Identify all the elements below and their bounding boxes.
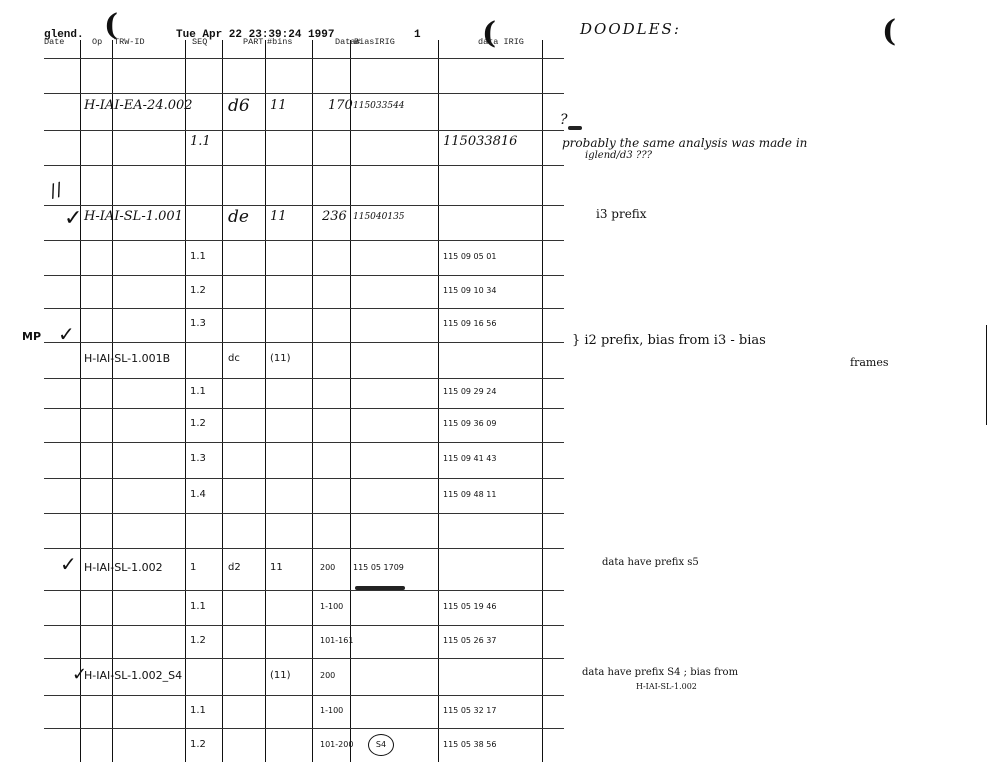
grid-row-line [44, 240, 564, 241]
grid-row-line [44, 130, 564, 131]
grid-row-line [44, 728, 564, 729]
cell-part: d6 [228, 96, 250, 116]
double-slash-mark: // [47, 179, 64, 202]
cell-seq: 1.3 [190, 318, 206, 329]
cell-seq: 1.1 [190, 601, 206, 612]
cell-seq: 1.2 [190, 418, 206, 429]
grid-column-line [80, 40, 81, 762]
cell-bias-irig: 115 05 1709 [353, 563, 404, 572]
grid-row-line [44, 58, 564, 59]
binder-hole-mark: ( [882, 14, 896, 49]
col-header-trw-id: TRW-ID [114, 37, 145, 47]
grid-column-line [112, 40, 113, 762]
cell-data-irig: 115 09 48 11 [443, 490, 496, 499]
cell-seq: 1.1 [190, 705, 206, 716]
col-header-date: Date [44, 37, 64, 47]
cell-data-irig: 115 09 41 43 [443, 454, 496, 463]
cell-data-no: 1-100 [320, 602, 343, 611]
grid-column-line [265, 40, 266, 762]
col-header-part: PART [243, 37, 263, 47]
cell-bins: 11 [270, 209, 287, 224]
cell-bias-irig: 115040135 [353, 212, 405, 222]
cell-seq: 1.2 [190, 635, 206, 646]
cell-data-no: 101-161 [320, 636, 353, 645]
cell-bias-irig: 115033544 [353, 101, 405, 111]
cell-data-no: 170 [328, 98, 353, 113]
cell-trw-id: H-IAI-SL-1.001 [84, 209, 183, 224]
scribbled-out-text [355, 586, 405, 590]
grid-row-line [44, 342, 564, 343]
col-header-data-irig: data IRIG [478, 37, 524, 47]
cell-bins: 11 [270, 98, 287, 113]
cell-data-irig: 115 09 05 01 [443, 252, 496, 261]
grid-row-line [44, 625, 564, 626]
cell-trw-id: H-IAI-SL-1.002_S4 [84, 669, 182, 682]
grid-row-line [44, 93, 564, 94]
grid-row-line [44, 658, 564, 659]
grid-row-line [44, 442, 564, 443]
cell-seq: 1.4 [190, 489, 206, 500]
cell-data-irig: 115 05 32 17 [443, 706, 496, 715]
grid-row-line [44, 205, 564, 206]
cell-seq: 1.3 [190, 453, 206, 464]
cell-data-no: 200 [320, 671, 335, 680]
note-i2-prefix-frames: frames [850, 356, 888, 369]
grid-row-line [44, 478, 564, 479]
cell-seq: 1.1 [190, 386, 206, 397]
cell-data-irig: 115 09 29 24 [443, 387, 496, 396]
note-prefix-s5: data have prefix s5 [602, 557, 699, 568]
note-i2-prefix: } i2 prefix, bias from i3 - bias [572, 333, 766, 348]
cell-part: dc [228, 353, 240, 364]
cell-data-irig: 115033816 [443, 134, 517, 149]
note-same-analysis: probably the same analysis was made in [562, 136, 807, 150]
cell-bins: (11) [270, 353, 291, 364]
page-number: 1 [414, 29, 421, 41]
check-mark-icon: ✓ [60, 552, 77, 576]
grid-row-line [44, 548, 564, 549]
check-mark-icon: ✓ [58, 322, 75, 346]
note-same-analysis-ref: iglend/d3 ??? [585, 150, 652, 161]
cell-seq: 1.2 [190, 739, 206, 750]
col-header-bins: #bins [267, 37, 293, 47]
grid-row-line [44, 378, 564, 379]
cell-trw-id: H-IAI-SL-1.002 [84, 561, 163, 574]
grid-row-line [44, 590, 564, 591]
cell-seq: 1 [190, 562, 196, 573]
grid-column-line [185, 40, 186, 762]
question-mark: ? [560, 112, 568, 128]
cell-data-no: 101-200 [320, 740, 353, 749]
right-margin-line [986, 325, 987, 425]
cell-data-irig: 115 09 10 34 [443, 286, 496, 295]
grid-row-line [44, 695, 564, 696]
cell-bias-irig: S4 [368, 734, 394, 756]
cell-bins: (11) [270, 670, 291, 681]
note-prefix-s4-ref: H-IAI-SL-1.002 [636, 682, 697, 691]
grid-row-line [44, 513, 564, 514]
cell-data-irig: 115 09 36 09 [443, 419, 496, 428]
grid-row-line [44, 308, 564, 309]
cell-part: de [228, 207, 249, 227]
check-mark-icon: ✓ [64, 206, 82, 231]
grid-column-line [312, 40, 313, 762]
cell-seq: 1.2 [190, 285, 206, 296]
mp-initials: MP [22, 330, 41, 343]
grid-column-line [222, 40, 223, 762]
note-i3-prefix: i3 prefix [596, 207, 647, 221]
cell-data-no: 236 [322, 209, 347, 224]
grid-row-line [44, 408, 564, 409]
grid-row-line [44, 165, 564, 166]
cell-trw-id: H-IAI-SL-1.001B [84, 352, 170, 365]
col-header-seq: SEQ [192, 37, 207, 47]
cell-data-no: 200 [320, 563, 335, 572]
cell-data-irig: 115 09 16 56 [443, 319, 496, 328]
cell-trw-id: H-IAI-EA-24.002 [84, 98, 193, 113]
cell-data-irig: 115 05 38 56 [443, 740, 496, 749]
grid-row-line [44, 275, 564, 276]
grid-column-line [542, 40, 543, 762]
cell-data-irig: 115 05 19 46 [443, 602, 496, 611]
grid-column-line [438, 40, 439, 762]
note-prefix-s4: data have prefix S4 ; bias from [582, 667, 738, 678]
col-header-op: Op [92, 37, 102, 47]
cell-bins: 11 [270, 562, 283, 573]
cell-seq: 1.1 [190, 251, 206, 262]
cell-part: d2 [228, 562, 241, 573]
check-mark-icon: ✓ [72, 664, 87, 685]
grid-column-line [350, 40, 351, 762]
col-header-bias-irig: BiasIRIG [354, 37, 395, 47]
scribbled-out-text [568, 126, 582, 130]
cell-data-irig: 115 05 26 37 [443, 636, 496, 645]
cell-seq: 1.1 [190, 134, 211, 149]
cell-data-no: 1-100 [320, 706, 343, 715]
doodles-title: DOODLES: [580, 20, 681, 38]
